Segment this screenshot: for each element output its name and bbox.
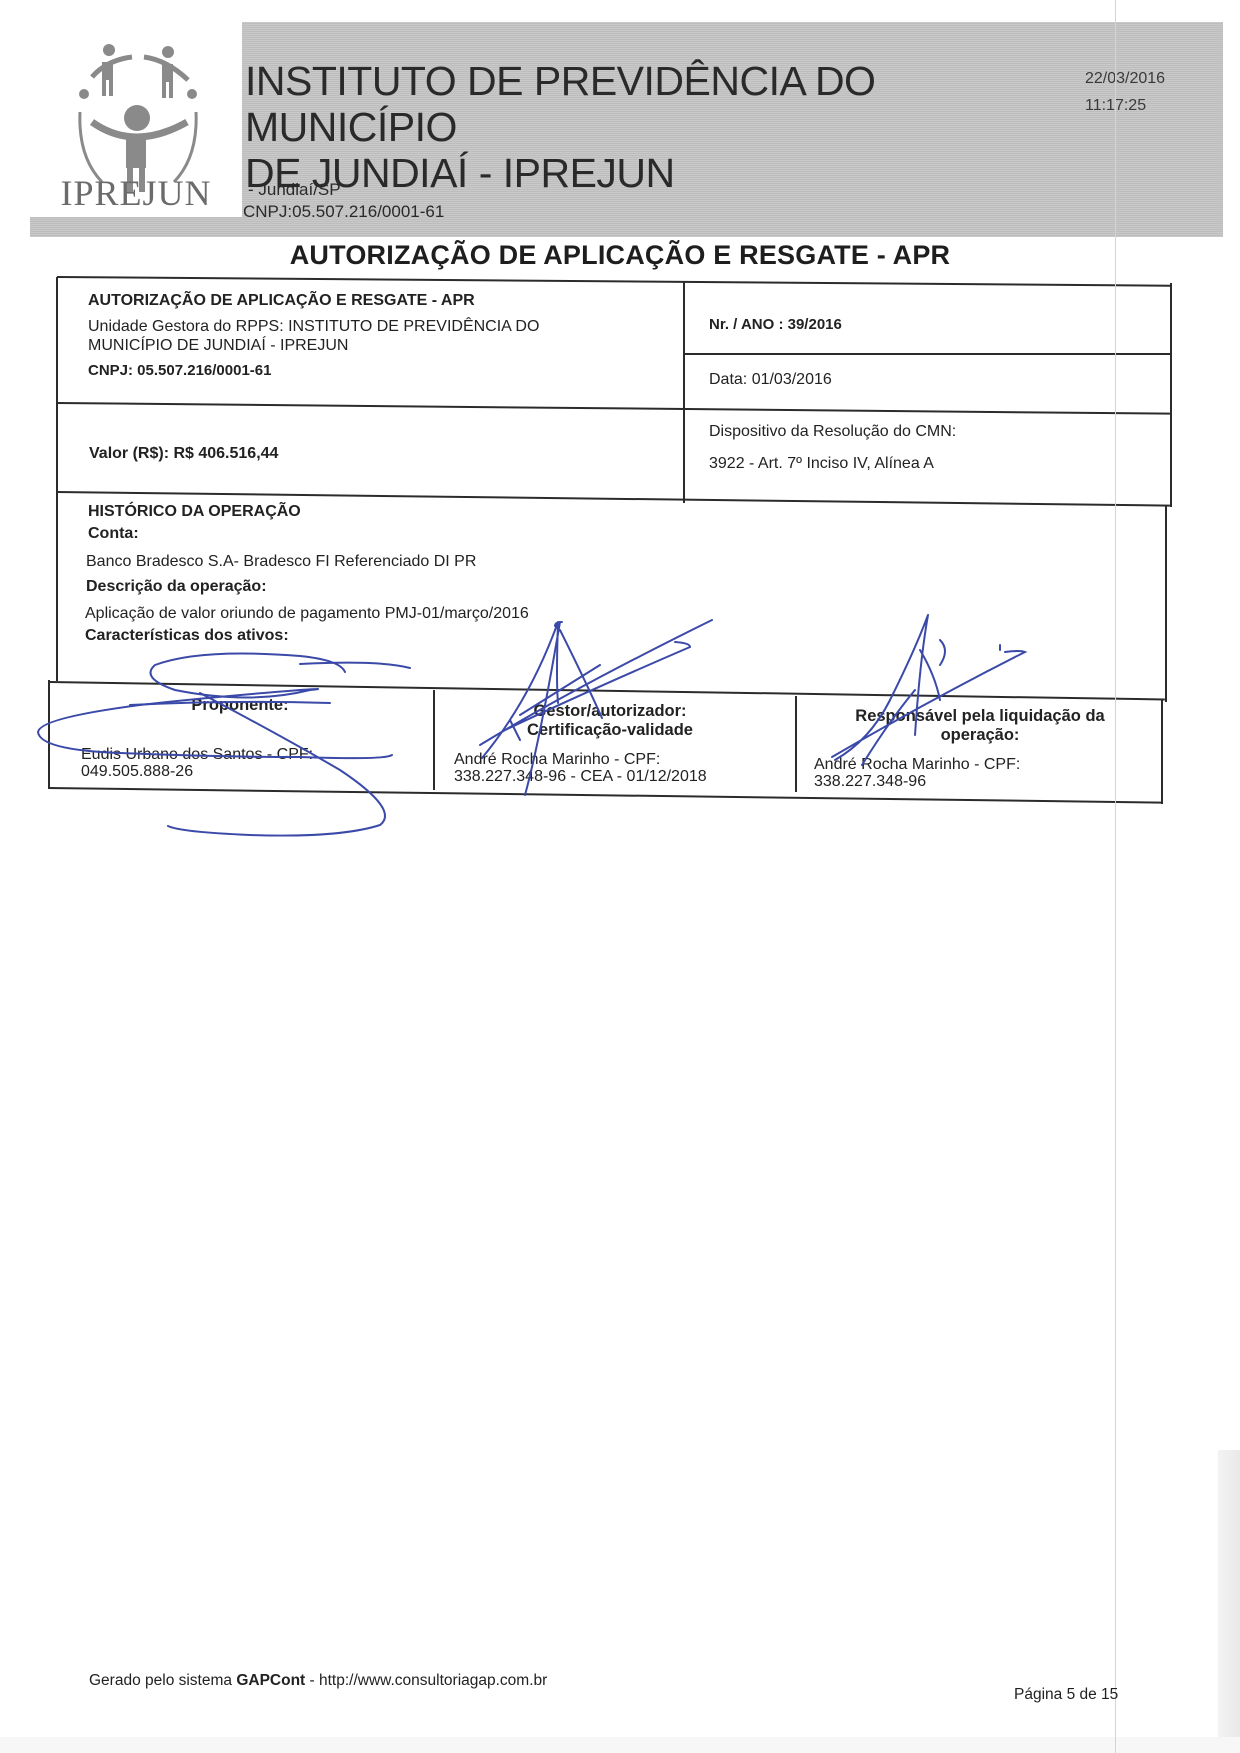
gestor-label: Gestor/autorizador: Certificação-validad… bbox=[480, 702, 740, 740]
table-border bbox=[56, 277, 58, 681]
table-divider bbox=[683, 281, 685, 503]
footer-system-name: GAPCont bbox=[236, 1672, 305, 1689]
organization-title: INSTITUTO DE PREVIDÊNCIA DO MUNICÍPIO DE… bbox=[245, 58, 1095, 196]
footer-generated-by: Gerado pelo sistema GAPCont - http://www… bbox=[89, 1672, 547, 1690]
table-border bbox=[57, 276, 1171, 287]
scan-edge bbox=[1218, 1450, 1240, 1753]
table-border bbox=[48, 680, 50, 788]
valor-field: Valor (R$): R$ 406.516,44 bbox=[89, 445, 278, 463]
header-city: - Jundiaí/SP bbox=[248, 180, 341, 200]
conta-label: Conta: bbox=[88, 525, 139, 543]
header-date: 22/03/2016 bbox=[1085, 70, 1165, 88]
table-divider bbox=[795, 696, 797, 792]
scan-artifact-line bbox=[1115, 0, 1116, 1753]
gestor-role-line1: Gestor/autorizador: bbox=[480, 702, 740, 721]
footer-prefix: Gerado pelo sistema bbox=[89, 1672, 236, 1689]
proponente-name: Eudis Urbano dos Santos - CPF: bbox=[81, 746, 313, 764]
form-cnpj: CNPJ: 05.507.216/0001-61 bbox=[88, 362, 271, 379]
dispositivo-label: Dispositivo da Resolução do CMN: bbox=[709, 423, 956, 441]
table-divider bbox=[57, 402, 1170, 415]
gestor-role-line2: Certificação-validade bbox=[480, 721, 740, 740]
page-number: Página 5 de 15 bbox=[1014, 1686, 1118, 1704]
descricao-value: Aplicação de valor oriundo de pagamento … bbox=[85, 605, 529, 623]
table-divider bbox=[684, 353, 1170, 355]
gestor-name: André Rocha Marinho - CPF: bbox=[454, 751, 660, 769]
proponente-label: Proponente: bbox=[120, 696, 360, 715]
descricao-label: Descrição da operação: bbox=[86, 578, 267, 596]
table-divider bbox=[433, 690, 435, 790]
unidade-gestora-line1: Unidade Gestora do RPPS: INSTITUTO DE PR… bbox=[88, 318, 539, 336]
logo-wordmark: IPREJUN bbox=[36, 172, 236, 214]
responsavel-label: Responsável pela liquidação da operação: bbox=[830, 707, 1130, 745]
responsavel-cpf: 338.227.348-96 bbox=[814, 773, 926, 791]
header-cnpj: CNPJ:05.507.216/0001-61 bbox=[243, 202, 444, 222]
proponente-cpf: 049.505.888-26 bbox=[81, 763, 193, 781]
responsavel-name: André Rocha Marinho - CPF: bbox=[814, 756, 1020, 774]
org-title-line1: INSTITUTO DE PREVIDÊNCIA DO MUNICÍPIO bbox=[245, 58, 1095, 150]
responsavel-role-line1: Responsável pela liquidação da bbox=[830, 707, 1130, 726]
caracteristicas-label: Características dos ativos: bbox=[85, 627, 289, 645]
data-field: Data: 01/03/2016 bbox=[709, 371, 832, 389]
scan-edge-bottom bbox=[0, 1737, 1240, 1753]
unidade-gestora-line2: MUNICÍPIO DE JUNDIAÍ - IPREJUN bbox=[88, 337, 348, 355]
conta-value: Banco Bradesco S.A- Bradesco FI Referenc… bbox=[86, 553, 476, 571]
table-border bbox=[48, 787, 1162, 804]
table-border bbox=[1170, 283, 1172, 507]
document-title: AUTORIZAÇÃO DE APLICAÇÃO E RESGATE - APR bbox=[0, 240, 1240, 271]
responsavel-role-line2: operação: bbox=[830, 726, 1130, 745]
iprejun-logo: IPREJUN bbox=[22, 22, 242, 217]
numero-ano: Nr. / ANO : 39/2016 bbox=[709, 316, 842, 333]
dispositivo-value: 3922 - Art. 7º Inciso IV, Alínea A bbox=[709, 455, 934, 473]
footer-url: - http://www.consultoriagap.com.br bbox=[305, 1672, 547, 1689]
table-border bbox=[1161, 700, 1163, 804]
org-title-line2: DE JUNDIAÍ - IPREJUN bbox=[245, 150, 1095, 196]
form-section-title: AUTORIZAÇÃO DE APLICAÇÃO E RESGATE - APR bbox=[88, 292, 475, 310]
table-border bbox=[1165, 505, 1167, 702]
gestor-cpf-cea: 338.227.348-96 - CEA - 01/12/2018 bbox=[454, 768, 707, 786]
historico-title: HISTÓRICO DA OPERAÇÃO bbox=[88, 503, 301, 521]
